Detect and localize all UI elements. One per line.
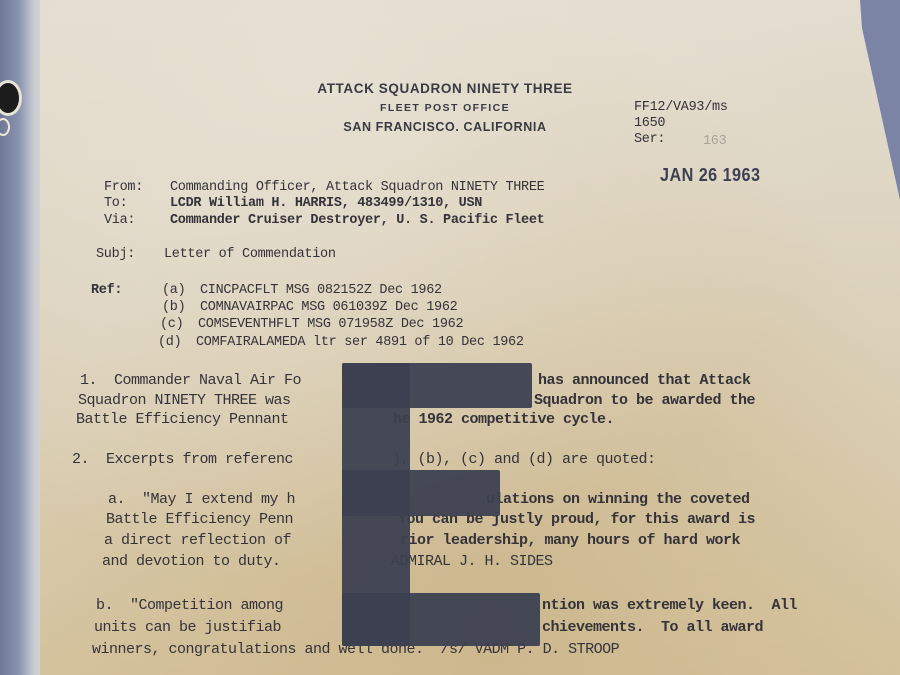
ref-tag: (b) <box>162 300 185 315</box>
ref-label: Ref: <box>91 283 122 298</box>
quote-b-line: units can be justifiab <box>94 619 281 636</box>
quote-a-line: Battle Efficiency Penn <box>106 511 293 528</box>
to-value: LCDR William H. HARRIS, 483499/1310, USN <box>170 196 482 211</box>
p1-line: Battle Efficiency Pennant <box>76 411 289 428</box>
letterhead-office: FLEET POST OFFICE <box>0 102 895 114</box>
from-value: Commanding Officer, Attack Squadron NINE… <box>170 180 544 195</box>
date-stamp: JAN 26 1963 <box>660 165 760 186</box>
quote-a-line: a direct reflection of <box>104 532 291 549</box>
p1-line: Squadron to be awarded the <box>534 392 755 409</box>
file-code: FF12/VA93/ms <box>634 100 728 115</box>
quote-a-signature: ADMIRAL J. H. SIDES <box>391 553 553 570</box>
ref-tag: (d) <box>158 335 181 350</box>
via-label: Via: <box>104 213 135 228</box>
ref-text: COMFAIRALAMEDA ltr ser 4891 of 10 Dec 19… <box>196 335 524 350</box>
p1-line: has announced that Attack <box>538 372 751 389</box>
p2-intro: 2. Excerpts from referenc <box>72 451 293 468</box>
p1-line: 1. Commander Naval Air Fo <box>80 372 301 389</box>
letterhead-unit: ATTACK SQUADRON NINETY THREE <box>0 81 895 96</box>
quote-b-line: ntion was extremely keen. All <box>542 597 797 614</box>
quote-a-line: ulations on winning the coveted <box>486 491 750 508</box>
ref-text: COMNAVAIRPAC MSG 061039Z Dec 1962 <box>200 300 457 315</box>
p1-line: Squadron NINETY THREE was <box>78 392 291 409</box>
subj-label: Subj: <box>96 247 135 262</box>
quote-b-line: b. "Competition among <box>96 597 283 614</box>
quote-a-line: a. "May I extend my h <box>108 491 295 508</box>
serial-label: Ser: <box>634 132 665 147</box>
serial-value: 163 <box>703 134 726 149</box>
ref-tag: (a) <box>162 283 185 298</box>
p1-line: he 1962 competitive cycle. <box>393 411 614 428</box>
quote-a-line: and devotion to duty. <box>102 553 281 570</box>
quote-a-line: You can be justly proud, for this award … <box>398 511 755 528</box>
quote-b-line: winners, congratulations and well done. … <box>92 641 619 658</box>
ref-text: COMSEVENTHFLT MSG 071958Z Dec 1962 <box>198 317 463 332</box>
to-label: To: <box>104 196 127 211</box>
file-number: 1650 <box>634 116 665 131</box>
ref-text: CINCPACFLT MSG 082152Z Dec 1962 <box>200 283 442 298</box>
from-label: From: <box>104 180 143 195</box>
ref-tag: (c) <box>160 317 183 332</box>
p2-intro: ), (b), (c) and (d) are quoted: <box>392 451 656 468</box>
quote-a-line: rior leadership, many hours of hard work <box>400 532 740 549</box>
quote-b-line: chievements. To all award <box>542 619 763 636</box>
via-value: Commander Cruiser Destroyer, U. S. Pacif… <box>170 213 544 228</box>
subj-value: Letter of Commendation <box>164 247 336 262</box>
letterhead-location: SAN FRANCISCO. CALIFORNIA <box>0 120 895 134</box>
